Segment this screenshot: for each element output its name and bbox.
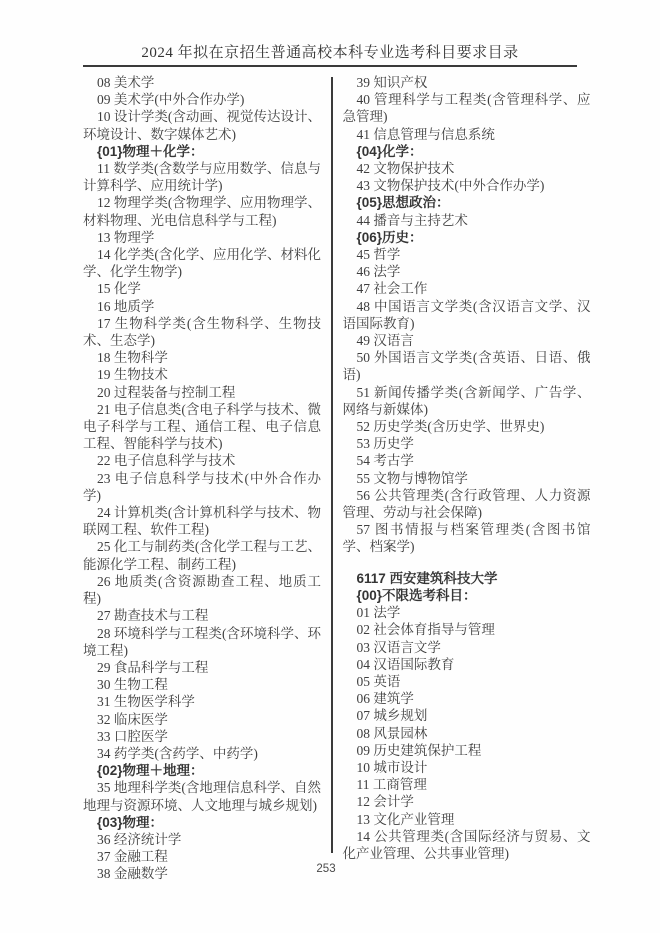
major-item: 01 法学 [343, 604, 591, 621]
major-item: 24 计算机类(含计算机科学与技术、物联网工程、软件工程) [83, 504, 321, 538]
major-item: 17 生物科学类(含生物科学、生物技术、生态学) [83, 315, 321, 349]
header-rule [83, 65, 577, 67]
major-item: 25 化工与制药类(含化学工程与工艺、能源化学工程、制药工程) [83, 538, 321, 572]
major-item: 03 汉语言文学 [343, 639, 591, 656]
subject-section-heading: {05}思想政治： [343, 194, 591, 211]
subject-section-heading: {00}不限选考科目： [343, 587, 591, 604]
major-item: 08 美术学 [83, 74, 321, 91]
major-item: 46 法学 [343, 263, 591, 280]
content-area: 08 美术学09 美术学(中外合作办学)10 设计学类(含动画、视觉传达设计、环… [83, 74, 591, 883]
major-item: 28 环境科学与工程类(含环境科学、环境工程) [83, 625, 321, 659]
right-column: 39 知识产权40 管理科学与工程类(含管理科学、应急管理)41 信息管理与信息… [343, 74, 591, 862]
major-item: 34 药学类(含药学、中药学) [83, 745, 321, 762]
major-item: 53 历史学 [343, 435, 591, 452]
major-item: 07 城乡规划 [343, 707, 591, 724]
major-item: 44 播音与主持艺术 [343, 212, 591, 229]
major-item: 55 文物与博物馆学 [343, 470, 591, 487]
major-item: 51 新闻传播学类(含新闻学、广告学、网络与新媒体) [343, 384, 591, 418]
subject-section-heading: {03}物理： [83, 814, 321, 831]
major-item: 04 汉语国际教育 [343, 656, 591, 673]
major-item: 29 食品科学与工程 [83, 659, 321, 676]
major-item: 05 英语 [343, 673, 591, 690]
major-item: 08 风景园林 [343, 725, 591, 742]
major-item: 36 经济统计学 [83, 831, 321, 848]
major-item: 41 信息管理与信息系统 [343, 126, 591, 143]
major-item: 11 数学类(含数学与应用数学、信息与计算科学、应用统计学) [83, 160, 321, 194]
major-item: 12 会计学 [343, 793, 591, 810]
major-item: 48 中国语言文学类(含汉语言文学、汉语国际教育) [343, 298, 591, 332]
major-item: 27 勘查技术与工程 [83, 607, 321, 624]
major-item: 02 社会体育指导与管理 [343, 621, 591, 638]
major-item: 14 公共管理类(含国际经济与贸易、文化产业管理、公共事业管理) [343, 828, 591, 862]
major-item: 18 生物科学 [83, 349, 321, 366]
major-item: 14 化学类(含化学、应用化学、材料化学、化学生物学) [83, 246, 321, 280]
major-item: 22 电子信息科学与技术 [83, 452, 321, 469]
left-column: 08 美术学09 美术学(中外合作办学)10 设计学类(含动画、视觉传达设计、环… [83, 74, 321, 883]
major-item: 31 生物医学科学 [83, 693, 321, 710]
subject-section-heading: {06}历史： [343, 229, 591, 246]
major-item: 13 文化产业管理 [343, 811, 591, 828]
major-item: 06 建筑学 [343, 690, 591, 707]
major-item: 39 知识产权 [343, 74, 591, 91]
major-item: 47 社会工作 [343, 280, 591, 297]
major-item: 42 文物保护技术 [343, 160, 591, 177]
major-item: 35 地理科学类(含地理信息科学、自然地理与资源环境、人文地理与城乡规划) [83, 779, 321, 813]
major-item: 09 历史建筑保护工程 [343, 742, 591, 759]
university-heading: 6117 西安建筑科技大学 [343, 570, 591, 587]
major-item: 10 设计学类(含动画、视觉传达设计、环境设计、数字媒体艺术) [83, 108, 321, 142]
major-item: 54 考古学 [343, 452, 591, 469]
major-item: 57 图书情报与档案管理类(含图书馆学、档案学) [343, 521, 591, 555]
document-page: 2024 年拟在京招生普通高校本科专业选考科目要求目录 08 美术学09 美术学… [0, 0, 660, 933]
subject-section-heading: {01}物理＋化学： [83, 143, 321, 160]
major-item: 32 临床医学 [83, 711, 321, 728]
major-item: 09 美术学(中外合作办学) [83, 91, 321, 108]
major-item: 56 公共管理类(含行政管理、人力资源管理、劳动与社会保障) [343, 487, 591, 521]
major-item: 15 化学 [83, 280, 321, 297]
major-item: 49 汉语言 [343, 332, 591, 349]
major-item: 13 物理学 [83, 229, 321, 246]
major-item: 11 工商管理 [343, 776, 591, 793]
major-item: 10 城市设计 [343, 759, 591, 776]
subject-section-heading: {04}化学： [343, 143, 591, 160]
major-item: 45 哲学 [343, 246, 591, 263]
major-item: 43 文物保护技术(中外合作办学) [343, 177, 591, 194]
major-item: 20 过程装备与控制工程 [83, 384, 321, 401]
major-item: 50 外国语言文学类(含英语、日语、俄语) [343, 349, 591, 383]
major-item: 23 电子信息科学与技术(中外合作办学) [83, 470, 321, 504]
subject-section-heading: {02}物理＋地理： [83, 762, 321, 779]
major-item: 16 地质学 [83, 298, 321, 315]
major-item: 26 地质类(含资源勘查工程、地质工程) [83, 573, 321, 607]
major-item: 21 电子信息类(含电子科学与技术、微电子科学与工程、通信工程、电子信息工程、智… [83, 401, 321, 453]
major-item: 30 生物工程 [83, 676, 321, 693]
column-spacer [343, 556, 591, 570]
page-title: 2024 年拟在京招生普通高校本科专业选考科目要求目录 [0, 43, 660, 63]
major-item: 12 物理学类(含物理学、应用物理学、材料物理、光电信息科学与工程) [83, 194, 321, 228]
major-item: 33 口腔医学 [83, 728, 321, 745]
major-item: 19 生物技术 [83, 366, 321, 383]
major-item: 52 历史学类(含历史学、世界史) [343, 418, 591, 435]
column-divider [331, 77, 333, 853]
major-item: 40 管理科学与工程类(含管理科学、应急管理) [343, 91, 591, 125]
page-number: 253 [0, 863, 652, 875]
